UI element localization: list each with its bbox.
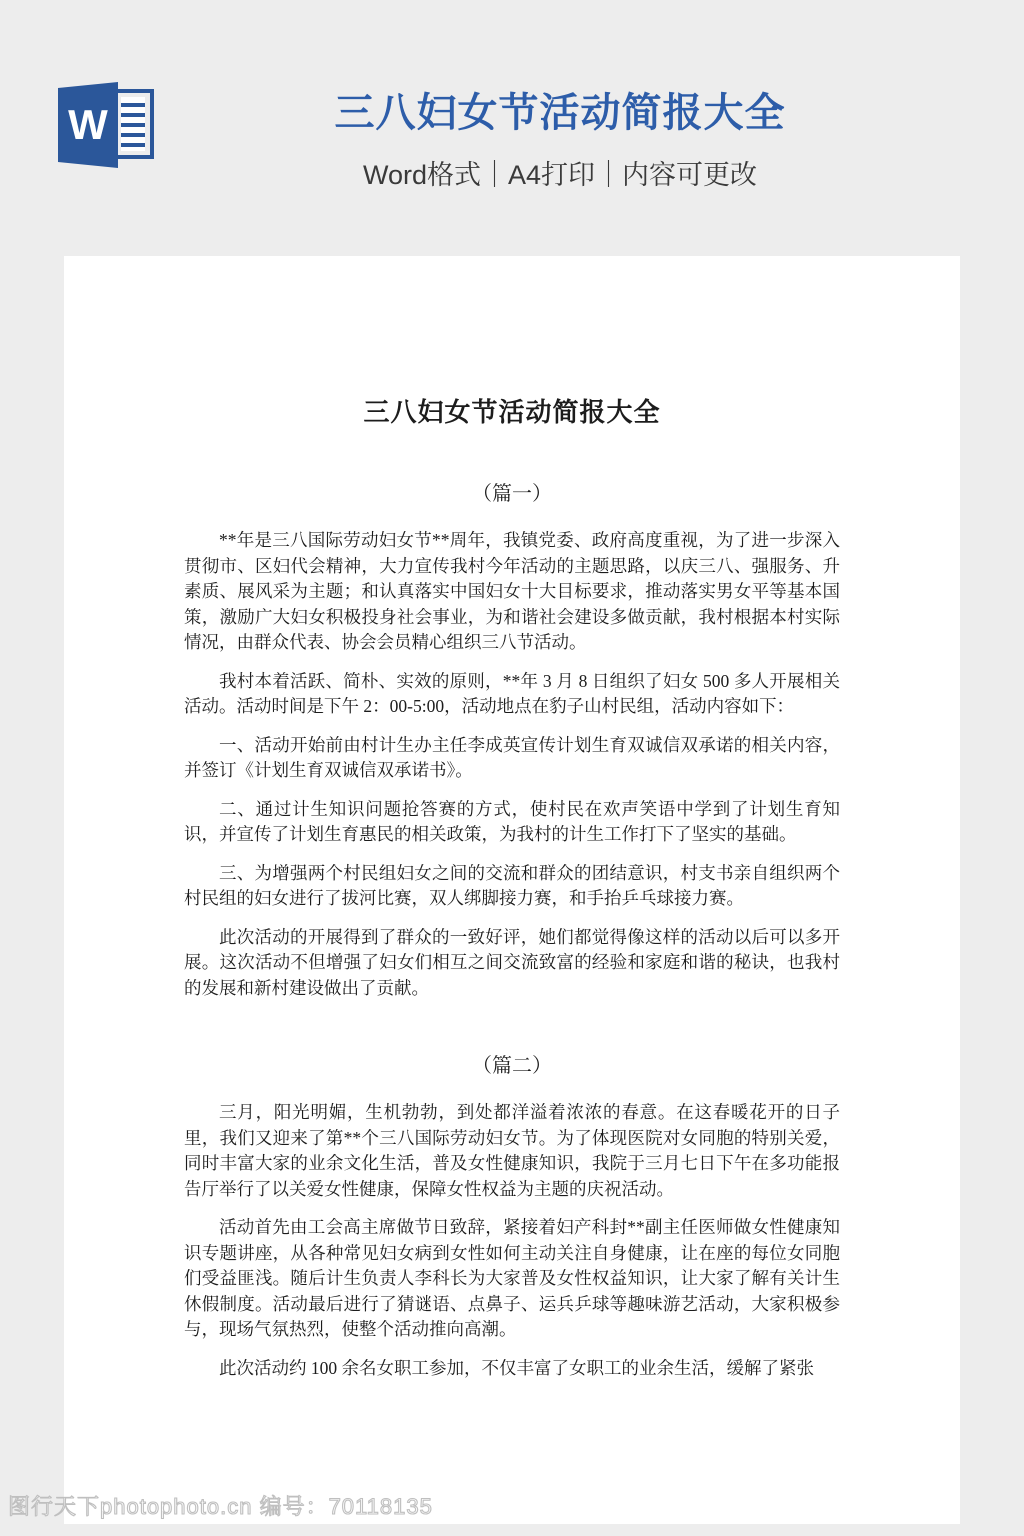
document-title: 三八妇女节活动简报大全 — [184, 392, 840, 429]
paragraph: 三月，阳光明媚，生机勃勃，到处都洋溢着浓浓的春意。在这春暖花开的日子里，我们又迎… — [184, 1100, 840, 1202]
word-icon-sheet — [112, 89, 154, 159]
paragraph: 活动首先由工会高主席做节日致辞，紧接着妇产科封**副主任医师做女性健康知识专题讲… — [184, 1215, 840, 1343]
word-icon-letter: W — [68, 104, 108, 146]
document-body: （篇一）**年是三八国际劳动妇女节**周年，我镇党委、政府高度重视，为了进一步深… — [184, 477, 840, 1381]
template-title: 三八妇女节活动简报大全 — [200, 90, 920, 136]
document-page: 三八妇女节活动简报大全 （篇一）**年是三八国际劳动妇女节**周年，我镇党委、政… — [64, 256, 960, 1524]
preview-header: W 三八妇女节活动简报大全 Word格式｜A4打印｜内容可更改 — [0, 0, 1024, 256]
word-icon-cover: W — [58, 82, 118, 168]
section-heading: （篇二） — [184, 1049, 840, 1078]
paragraph: 一、活动开始前由村计生办主任李成英宣传计划生育双诚信双承诺的相关内容，并签订《计… — [184, 733, 840, 784]
paragraph: **年是三八国际劳动妇女节**周年，我镇党委、政府高度重视，为了进一步深入贯彻市… — [184, 528, 840, 656]
paragraph: 此次活动约 100 余名女职工参加，不仅丰富了女职工的业余生活，缓解了紧张 — [184, 1356, 840, 1382]
template-subtitle: Word格式｜A4打印｜内容可更改 — [200, 153, 920, 192]
watermark-text: 图行天下photophoto.cn 编号：70118135 — [8, 1490, 433, 1521]
paragraph: 此次活动的开展得到了群众的一致好评，她们都觉得像这样的活动以后可以多开展。这次活… — [184, 925, 840, 1002]
banner-text: 三八妇女节活动简报大全 Word格式｜A4打印｜内容可更改 — [200, 90, 920, 192]
word-file-icon: W — [58, 82, 154, 168]
paragraph: 三、为增强两个村民组妇女之间的交流和群众的团结意识，村支书亲自组织两个村民组的妇… — [184, 861, 840, 912]
section-heading: （篇一） — [184, 477, 840, 506]
paragraph: 二、通过计生知识问题抢答赛的方式，使村民在欢声笑语中学到了计划生育知识，并宣传了… — [184, 797, 840, 848]
paragraph: 我村本着活跃、简朴、实效的原则，**年 3 月 8 日组织了妇女 500 多人开… — [184, 669, 840, 720]
